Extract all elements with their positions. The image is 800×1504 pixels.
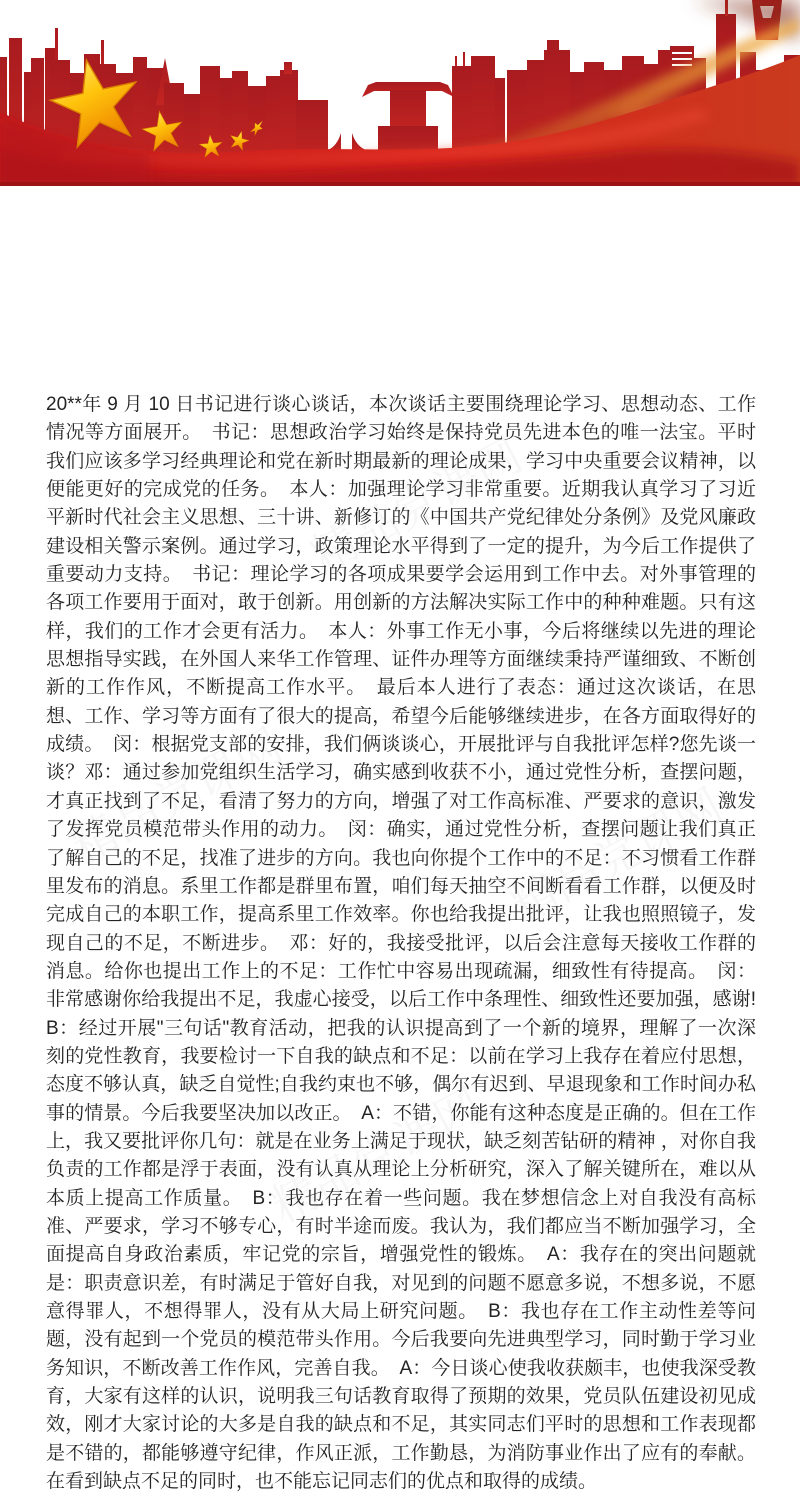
document-page: 精品党课网 精品党课网 精品党课网 精品党课网 20**年 9 月 10 日书记… <box>0 0 800 1504</box>
document-body-text: 20**年 9 月 10 日书记进行谈心谈话，本次谈话主要围绕理论学习、思想动态… <box>46 391 756 1496</box>
document-body: 20**年 9 月 10 日书记进行谈心谈话，本次谈话主要围绕理论学习、思想动态… <box>46 391 756 1496</box>
header-banner <box>0 0 800 186</box>
